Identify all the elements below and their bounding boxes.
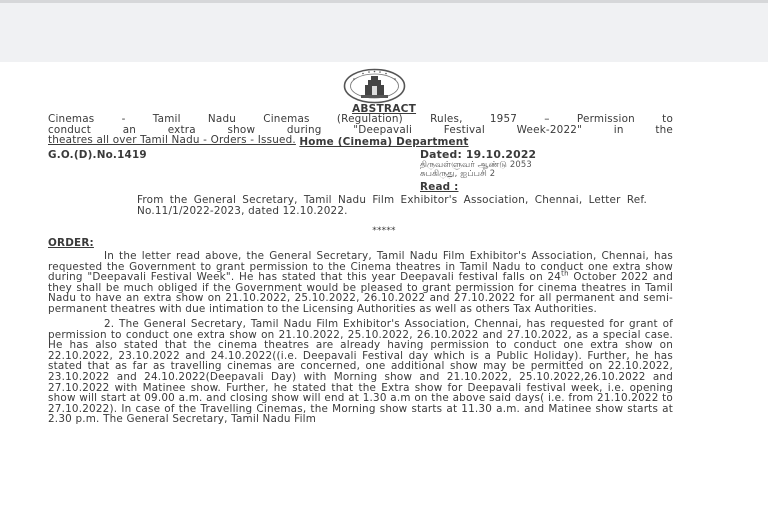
go-number: G.O.(D).No.1419 [48, 150, 147, 161]
top-gray-band [0, 0, 768, 62]
abstract-line-1: Cinemas - Tamil Nadu Cinemas (Regulation… [48, 114, 673, 125]
order-label: ORDER: [48, 238, 94, 249]
department-heading: Home (Cinema) Department [0, 137, 768, 148]
reference-letter: From the General Secretary, Tamil Nadu F… [137, 195, 647, 216]
separator-stars: ***** [0, 226, 768, 237]
para1-superscript: th [561, 270, 569, 278]
order-paragraph-1: In the letter read above, the General Se… [48, 251, 673, 315]
tamil-date-line-2: சுபகிருது, ஐப்பசி 2 [420, 169, 532, 178]
order-paragraph-2: 2. The General Secretary, Tamil Nadu Fil… [48, 319, 673, 425]
read-label: Read : [420, 182, 458, 193]
tamil-date: திருவள்ளுவர் ஆண்டு 2053 சுபகிருது, ஐப்பச… [420, 160, 532, 178]
tamil-nadu-emblem-icon [343, 68, 406, 104]
